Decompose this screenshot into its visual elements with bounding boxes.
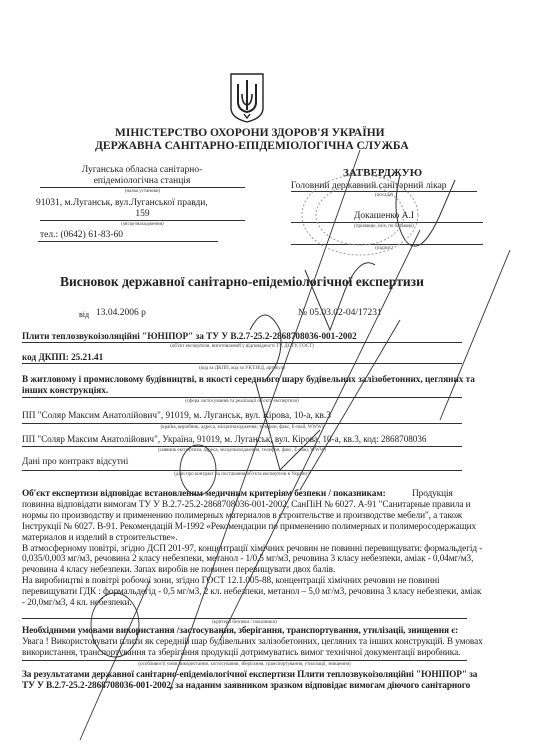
document-number: № 05.03.02-04/17231 xyxy=(298,307,382,319)
approval-position-caption: (посада) xyxy=(291,193,477,199)
approval-name-caption: (прізвище, ім'я, по батькові) xyxy=(291,224,477,230)
contract-caption: (дані про контракт на постачання об'єкта… xyxy=(22,472,462,478)
approval-heading: ЗАТВЕРДЖУЮ xyxy=(343,167,422,179)
approval-signature-caption: (підпис) xyxy=(291,246,477,252)
manufacturer-caption: (країна, виробник, адреса, місцезнаходже… xyxy=(22,425,462,431)
criteria-heading: Об'єкт експертизи відповідає встановлени… xyxy=(22,489,386,499)
conclusion-line: ТУ У В.2.7-25.2-2868708036-001-2002, за … xyxy=(22,681,522,692)
conditions-caption: (особливості умов використання, застосув… xyxy=(22,662,467,668)
conclusion-section: За результатами державної санітарно-епід… xyxy=(22,670,522,692)
object-field: Плити теплозвукоізоляційні "ЮНІПОР" за Т… xyxy=(22,330,357,342)
code-caption: (код за ДКПП, код за УКТЗЕД, артикул) xyxy=(22,366,462,372)
service-title: ДЕРЖАВНА САНІТАРНО-ЕПІДЕМІОЛОГІЧНА СЛУЖБ… xyxy=(95,140,409,152)
applicant-field: ПП "Соляр Максим Анатолійович", Україна,… xyxy=(22,433,426,445)
criteria-line: речовина 4 класу небезпеки. Запах виробі… xyxy=(22,565,522,576)
institution-name-caption: (назва установи) xyxy=(40,189,245,195)
criteria-line: 0,035/0,003 мг/м3, речовина 2 класу небе… xyxy=(22,554,522,565)
institution-address-caption: (місцезнаходження) xyxy=(40,222,245,228)
contract-field: Дані про контракт відсутні xyxy=(22,456,128,468)
applicant-caption: (заявник експертизи, адреса, місцезнаход… xyxy=(22,448,462,454)
ministry-title: МІНІСТЕРСТВО ОХОРОНИ ЗДОРОВ'Я УКРАЇНИ xyxy=(115,127,385,139)
date-label: від xyxy=(79,309,89,321)
criteria-line: В атмосферному повітрі, згідно ДСП 201-9… xyxy=(22,544,522,555)
criteria-line: - 20,0мг/м3, 4 кл. небезпеки. xyxy=(22,598,522,609)
criteria-line: повинна відповідати вимогам ТУ У В.2.7-2… xyxy=(22,500,522,511)
trident-coat-of-arms-icon xyxy=(229,72,265,124)
scope-caption: (сфера застосування та реалізації об'єкт… xyxy=(22,399,462,405)
institution-name-line2: епідеміологічна станція xyxy=(42,175,242,187)
approval-name: Докашенко А.І xyxy=(291,210,477,222)
institution-phone: тел.: (0642) 61-83-60 xyxy=(40,229,123,241)
scope-line2: інших конструкціях. xyxy=(22,384,108,396)
criteria-heading-row: Об'єкт експертизи відповідає встановлени… xyxy=(22,489,522,500)
criteria-lead: Продукція xyxy=(412,489,453,499)
date-prefix: від xyxy=(79,310,89,319)
conditions-heading: Необхідними умовами використання /застос… xyxy=(22,626,522,637)
criteria-line: перевищувати ГДК : формальдегід - 0,5 мг… xyxy=(22,587,522,598)
criteria-line: материалов и изделий в строительстве». xyxy=(22,533,522,544)
manufacturer-field: ПП "Соляр Максим Анатолійович", 91019, м… xyxy=(22,410,331,422)
code-field: код ДКПП: 25.21.41 xyxy=(22,351,103,363)
document-date: 13.04.2006 р xyxy=(96,307,146,319)
object-caption: (об'єкт експертизи, виготовлений у відпо… xyxy=(22,344,462,350)
institution-address-line2: 159 xyxy=(40,208,245,220)
conditions-line: використання, транспортування та зберіга… xyxy=(22,648,522,659)
criteria-line: нормы по производству и применению полим… xyxy=(22,511,522,522)
conditions-line: Увага ! Використовувати плити як середні… xyxy=(22,637,522,648)
conditions-section: Необхідними умовами використання /застос… xyxy=(22,626,522,659)
conclusion-line: За результатами державної санітарно-епід… xyxy=(22,670,522,681)
criteria-line: Інструкції № 6027. В-91. Рекомендацій М-… xyxy=(22,522,522,533)
document-title: Висновок державної санітарно-епідеміолог… xyxy=(60,276,424,288)
criteria-line: На виробництві в повітрі робочої зони, з… xyxy=(22,576,522,587)
criteria-section: Об'єкт експертизи відповідає встановлени… xyxy=(22,489,522,609)
